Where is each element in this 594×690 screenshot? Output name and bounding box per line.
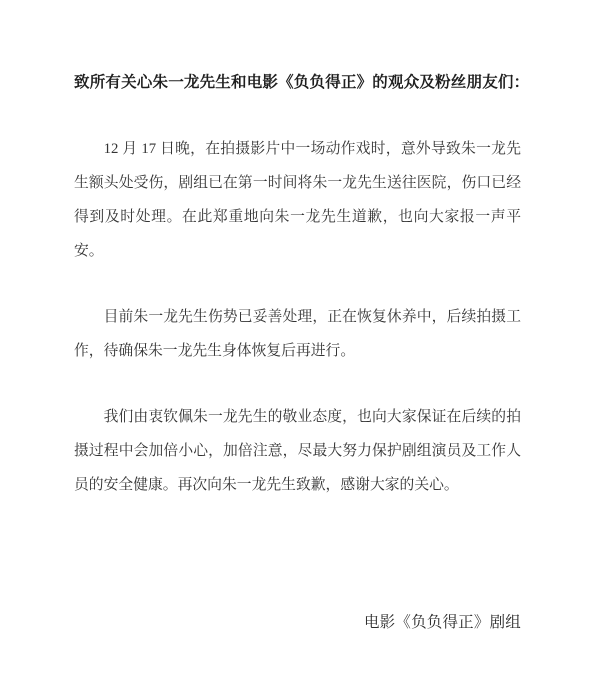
paragraph-recovery: 目前朱一龙先生伤势已妥善处理，正在恢复休养中，后续拍摄工作，待确保朱一龙先生身体… (74, 300, 521, 368)
paragraph-assurance: 我们由衷钦佩朱一龙先生的敬业态度，也向大家保证在后续的拍摄过程中会加倍小心，加倍… (74, 400, 521, 502)
paragraph-incident: 12 月 17 日晚，在拍摄影片中一场动作戏时，意外导致朱一龙先生额头处受伤，剧… (74, 132, 521, 268)
document-title: 致所有关心朱一龙先生和电影《负负得正》的观众及粉丝朋友们： (74, 70, 521, 96)
statement-document: 致所有关心朱一龙先生和电影《负负得正》的观众及粉丝朋友们： 12 月 17 日晚… (0, 0, 594, 690)
signature: 电影《负负得正》剧组 (74, 606, 521, 640)
